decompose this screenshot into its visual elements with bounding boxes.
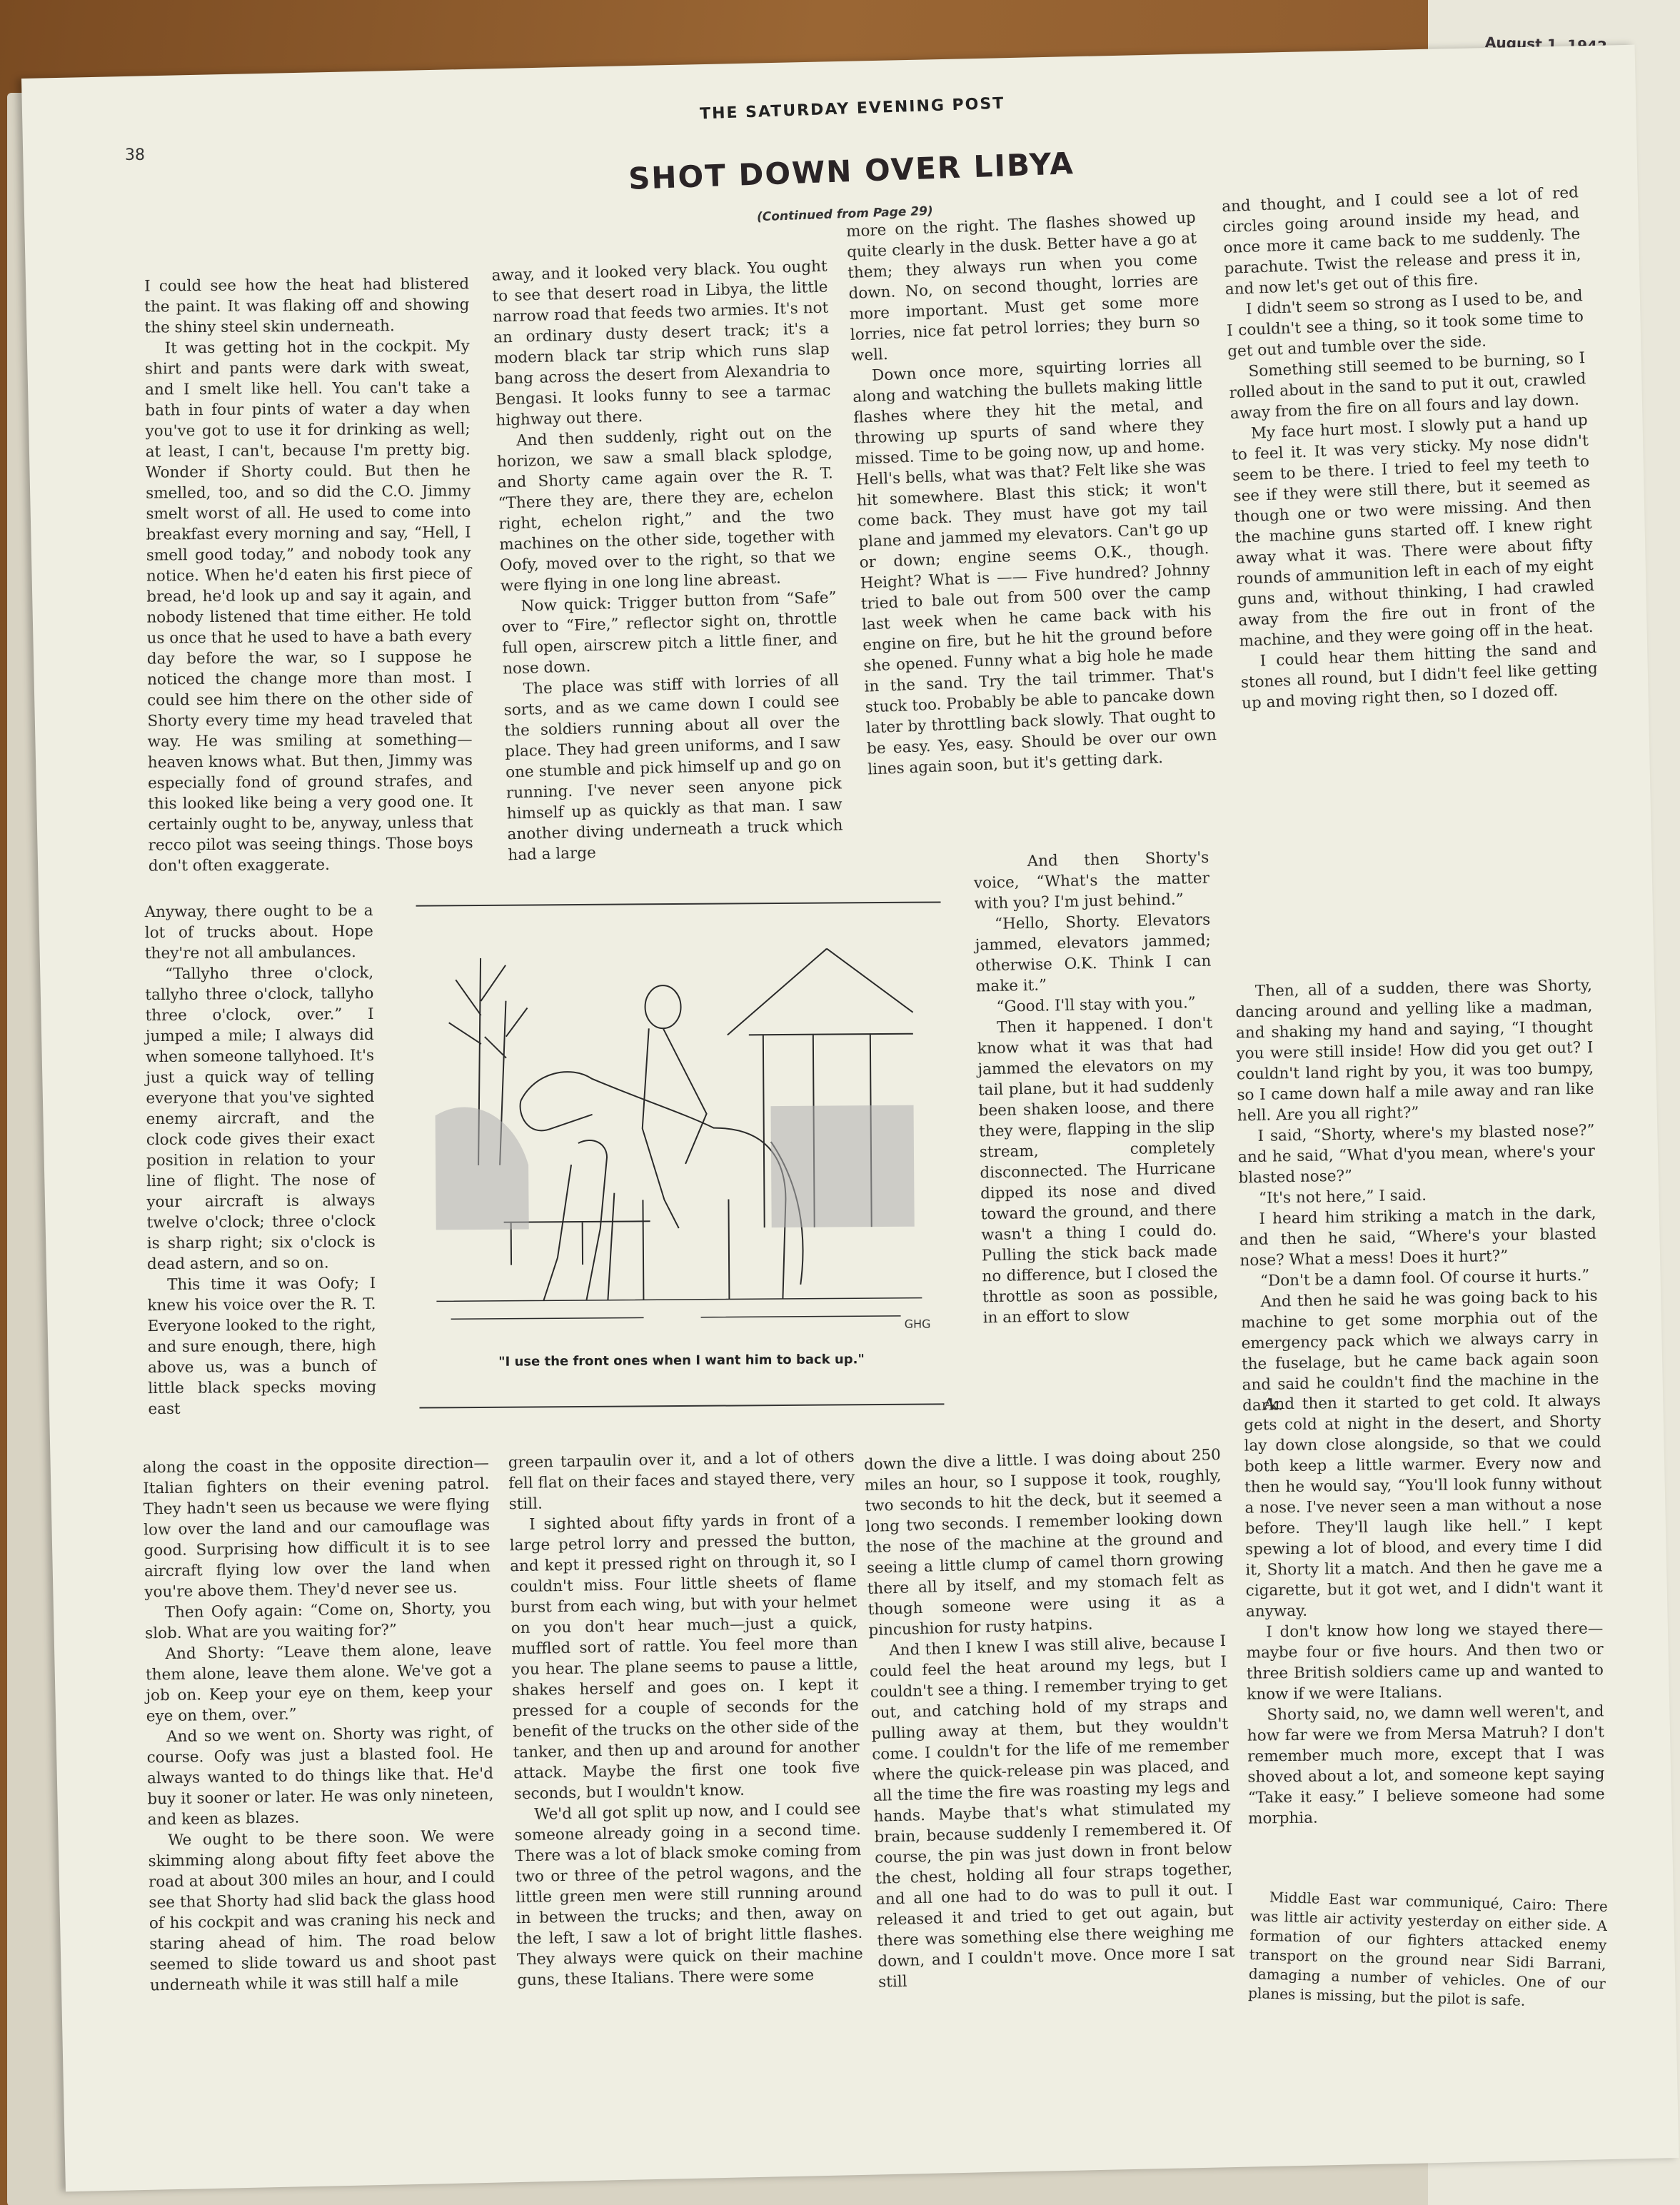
column-4-middle: Then, all of a sudden, there was Shorty,…: [1235, 975, 1600, 1417]
column-3-middle: And then Shorty's voice, “What's the mat…: [973, 848, 1219, 1329]
paragraph: Then, all of a sudden, there was Shorty,…: [1235, 975, 1594, 1127]
cartoon-panel: GHG "I use the front ones when I want hi…: [416, 901, 945, 1408]
paragraph: Anyway, there ought to be a lot of truck…: [144, 900, 373, 964]
communique-text: Middle East war communiqué, Cairo: There…: [1248, 1887, 1608, 2013]
paragraph: And then it started to get cold. It alwa…: [1244, 1390, 1603, 1622]
column-4-top: and thought, and I could see a lot of re…: [1222, 182, 1599, 713]
paragraph: “Tallyho three o'clock, tallyho three o'…: [145, 963, 376, 1275]
page-number: 38: [125, 146, 145, 164]
paragraph: “Hello, Shorty. Elevators jammed, elevat…: [975, 910, 1212, 998]
paragraph: Down once more, squirting lorries all al…: [852, 352, 1218, 780]
paragraph: more on the right. The flashes showed up…: [845, 207, 1201, 366]
column-3-bottom: down the dive a little. I was doing abou…: [864, 1445, 1236, 1993]
paragraph: My face hurt most. I slowly put a hand u…: [1230, 410, 1596, 652]
paragraph: I sighted about fifty yards in front of …: [509, 1509, 860, 1804]
paragraph: The place was stiff with lorries of all …: [503, 670, 844, 865]
paragraph: And then Shorty's voice, “What's the mat…: [973, 848, 1210, 915]
paragraph: Shorty said, no, we damn well weren't, a…: [1247, 1701, 1605, 1829]
paragraph: And so we went on. Shorty was right, of …: [146, 1722, 494, 1831]
column-1-middle: Anyway, there ought to be a lot of truck…: [144, 900, 376, 1420]
paragraph: We ought to be there soon. We were skimm…: [148, 1826, 496, 1996]
paragraph: Then it happened. I don't know what it w…: [977, 1013, 1219, 1329]
paragraph: And then suddenly, right out on the hori…: [496, 422, 836, 597]
paragraph: along the coast in the opposite directio…: [143, 1453, 491, 1603]
paragraph: Then Oofy again: “Come on, Shorty, you s…: [145, 1598, 492, 1644]
paragraph: I heard him striking a match in the dark…: [1239, 1203, 1596, 1272]
paragraph: I don't know how long we stayed there—ma…: [1246, 1618, 1604, 1704]
paragraph: It was getting hot in the cockpit. My sh…: [145, 336, 473, 876]
column-1-top: I could see how the heat had blistered t…: [144, 273, 473, 876]
paragraph: I could see how the heat had blistered t…: [144, 273, 470, 338]
communique-box: Middle East war communiqué, Cairo: There…: [1248, 1887, 1608, 2013]
column-4-lower: And then it started to get cold. It alwa…: [1244, 1390, 1605, 1829]
cartoon-caption: "I use the front ones when I want him to…: [419, 1351, 944, 1370]
column-1-bottom: along the coast in the opposite directio…: [143, 1453, 496, 1996]
paragraph: down the dive a little. I was doing abou…: [864, 1445, 1226, 1641]
paragraph: and thought, and I could see a lot of re…: [1222, 182, 1582, 300]
paragraph: I said, “Shorty, where's my blasted nose…: [1237, 1120, 1595, 1189]
paragraph: green tarpaulin over it, and a lot of ot…: [508, 1447, 855, 1515]
column-2-bottom: green tarpaulin over it, and a lot of ot…: [508, 1447, 863, 1991]
paragraph: And Shorty: “Leave them alone, leave the…: [145, 1639, 493, 1727]
column-3-top: more on the right. The flashes showed up…: [845, 207, 1217, 780]
paragraph: away, and it looked very black. You ough…: [491, 256, 831, 431]
horse-rider-cartoon-illustration: [427, 927, 930, 1330]
paragraph: This time it was Oofy; I knew his voice …: [147, 1273, 376, 1420]
paragraph: And then I knew I was still alive, becau…: [869, 1631, 1236, 1993]
paragraph: We'd all got split up now, and I could s…: [514, 1799, 863, 1991]
column-2-top: away, and it looked very black. You ough…: [491, 256, 843, 866]
paragraph: Now quick: Trigger button from “Safe” ov…: [501, 587, 838, 679]
cartoonist-signature: GHG: [905, 1317, 931, 1331]
